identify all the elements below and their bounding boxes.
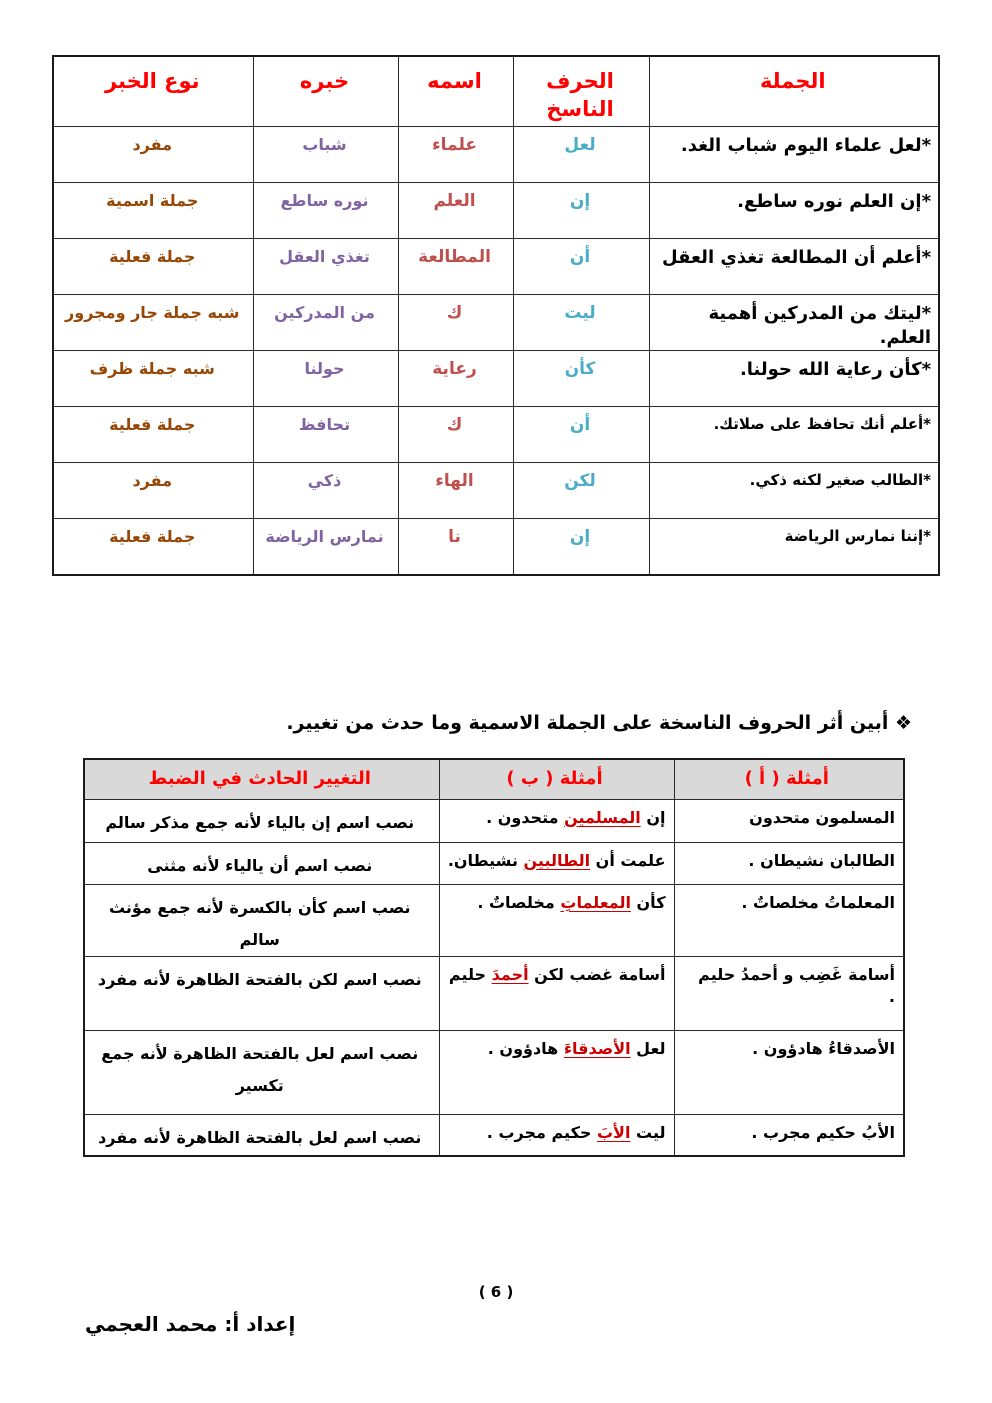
- sentence-cell: *كأن رعاية الله حولنا.: [649, 351, 939, 407]
- predicate-type-cell: جملة اسمية: [53, 182, 253, 238]
- example-b-text: هادؤون .: [488, 1039, 564, 1058]
- example-a-cell: الطالبان نشيطان .: [674, 842, 904, 884]
- worksheet-page: { "colors": { "header_red": "#FF0000", "…: [0, 0, 992, 1403]
- table-row: المسلمون متحدون إن المسلمين متحدون . نصب…: [84, 799, 904, 842]
- table-row: *لعل علماء اليوم شباب الغد. لعل علماء شب…: [53, 126, 939, 182]
- table-row: الطالبان نشيطان . علمت أن الطالبين نشيطا…: [84, 842, 904, 884]
- parsing-table: الجملة الحرف الناسخ اسمه خبره نوع الخبر …: [52, 55, 940, 576]
- example-b-cell: إن المسلمين متحدون .: [439, 799, 674, 842]
- predicate-type-cell: جملة فعلية: [53, 407, 253, 463]
- predicate-type-cell: مفرد: [53, 126, 253, 182]
- predicate-type-cell: جملة فعلية: [53, 519, 253, 575]
- header-predicate-type: نوع الخبر: [53, 56, 253, 126]
- noun-cell: علماء: [398, 126, 513, 182]
- example-a-cell: الأبُ حكيم مجرب .: [674, 1114, 904, 1156]
- header-examples-a: أمثلة ( أ ): [674, 759, 904, 799]
- example-b-cell: كأن المعلماتِ مخلصاتٌ .: [439, 884, 674, 956]
- particle-cell: أن: [513, 238, 649, 294]
- example-a-cell: الأصدقاءُ هادؤون .: [674, 1030, 904, 1114]
- example-b-text: أسامة غضب لكن: [529, 965, 666, 984]
- example-b-text: ليت: [630, 1123, 665, 1142]
- header-particle: الحرف الناسخ: [513, 56, 649, 126]
- predicate-cell: ذكي: [253, 463, 398, 519]
- highlighted-word: المعلماتِ: [560, 893, 631, 912]
- predicate-type-cell: شبه جملة جار ومجرور: [53, 294, 253, 351]
- change-cell: نصب اسم لعل بالفتحة الظاهرة لأنه جمع تكس…: [84, 1030, 439, 1114]
- header-examples-b: أمثلة ( ب ): [439, 759, 674, 799]
- example-b-cell: أسامة غضب لكن أحمدَ حليم: [439, 956, 674, 1030]
- predicate-type-cell: شبه جملة ظرف: [53, 351, 253, 407]
- example-a-cell: المعلماتُ مخلصاتٌ .: [674, 884, 904, 956]
- header-sentence: الجملة: [649, 56, 939, 126]
- table-row: *أعلم أن المطالعة تغذي العقل أن المطالعة…: [53, 238, 939, 294]
- noun-cell: ك: [398, 407, 513, 463]
- noun-cell: الهاء: [398, 463, 513, 519]
- table-row: *كأن رعاية الله حولنا. كأن رعاية حولنا ش…: [53, 351, 939, 407]
- predicate-cell: تغذي العقل: [253, 238, 398, 294]
- predicate-cell: من المدركين: [253, 294, 398, 351]
- example-b-text: متحدون .: [486, 808, 564, 827]
- change-cell: نصب اسم أن يالياء لأنه مثنى: [84, 842, 439, 884]
- examples-table-header-row: أمثلة ( أ ) أمثلة ( ب ) التغيير الحادث ف…: [84, 759, 904, 799]
- table-row: أسامة غَضِب و أحمدُ حليم . أسامة غضب لكن…: [84, 956, 904, 1030]
- noun-cell: نا: [398, 519, 513, 575]
- table-row: *أعلم أنك تحافظ على صلاتك. أن ك تحافظ جم…: [53, 407, 939, 463]
- noun-cell: رعاية: [398, 351, 513, 407]
- particle-cell: كأن: [513, 351, 649, 407]
- noun-cell: ك: [398, 294, 513, 351]
- example-b-cell: ليت الأبَ حكيم مجرب .: [439, 1114, 674, 1156]
- change-cell: نصب اسم لعل بالفتحة الظاهرة لأنه مفرد: [84, 1114, 439, 1156]
- noun-cell: المطالعة: [398, 238, 513, 294]
- predicate-cell: تحافظ: [253, 407, 398, 463]
- table-row: *ليتك من المدركين أهمية العلم. ليت ك من …: [53, 294, 939, 351]
- example-b-cell: علمت أن الطالبين نشيطان.: [439, 842, 674, 884]
- table-row: الأصدقاءُ هادؤون . لعل الأصدقاءَ هادؤون …: [84, 1030, 904, 1114]
- sentence-cell: *إن العلم نوره ساطع.: [649, 182, 939, 238]
- header-change: التغيير الحادث في الضبط: [84, 759, 439, 799]
- example-b-text: لعل: [631, 1039, 666, 1058]
- header-predicate: خبره: [253, 56, 398, 126]
- example-b-text: علمت أن: [590, 851, 665, 870]
- particle-cell: لعل: [513, 126, 649, 182]
- table-row: *إن العلم نوره ساطع. إن العلم نوره ساطع …: [53, 182, 939, 238]
- example-a-cell: أسامة غَضِب و أحمدُ حليم .: [674, 956, 904, 1030]
- particle-cell: إن: [513, 182, 649, 238]
- example-b-text: مخلصاتٌ .: [477, 893, 560, 912]
- example-b-text: حليم: [449, 965, 492, 984]
- predicate-cell: نوره ساطع: [253, 182, 398, 238]
- sentence-cell: *لعل علماء اليوم شباب الغد.: [649, 126, 939, 182]
- table-row: المعلماتُ مخلصاتٌ . كأن المعلماتِ مخلصات…: [84, 884, 904, 956]
- change-cell: نصب اسم إن بالياء لأنه جمع مذكر سالم: [84, 799, 439, 842]
- table-row: *الطالب صغير لكنه ذكي. لكن الهاء ذكي مفر…: [53, 463, 939, 519]
- table-row: الأبُ حكيم مجرب . ليت الأبَ حكيم مجرب . …: [84, 1114, 904, 1156]
- table-row: *إننا نمارس الرياضة إن نا نمارس الرياضة …: [53, 519, 939, 575]
- change-cell: نصب اسم كأن بالكسرة لأنه جمع مؤنث سالم: [84, 884, 439, 956]
- sentence-cell: *أعلم أنك تحافظ على صلاتك.: [649, 407, 939, 463]
- examples-table: أمثلة ( أ ) أمثلة ( ب ) التغيير الحادث ف…: [83, 758, 905, 1157]
- sentence-cell: *أعلم أن المطالعة تغذي العقل: [649, 238, 939, 294]
- section-instruction: ❖ أبين أثر الحروف الناسخة على الجملة الا…: [60, 712, 912, 734]
- particle-cell: إن: [513, 519, 649, 575]
- highlighted-word: الأبَ: [597, 1123, 630, 1142]
- predicate-type-cell: مفرد: [53, 463, 253, 519]
- example-b-text: نشيطان.: [448, 851, 524, 870]
- highlighted-word: أحمدَ: [492, 965, 529, 984]
- particle-cell: أن: [513, 407, 649, 463]
- parsing-table-header-row: الجملة الحرف الناسخ اسمه خبره نوع الخبر: [53, 56, 939, 126]
- noun-cell: العلم: [398, 182, 513, 238]
- particle-cell: ليت: [513, 294, 649, 351]
- predicate-cell: نمارس الرياضة: [253, 519, 398, 575]
- example-b-text: إن: [641, 808, 666, 827]
- particle-cell: لكن: [513, 463, 649, 519]
- predicate-type-cell: جملة فعلية: [53, 238, 253, 294]
- highlighted-word: الأصدقاءَ: [564, 1039, 631, 1058]
- author-credit: إعداد أ: محمد العجمي: [85, 1312, 295, 1336]
- predicate-cell: حولنا: [253, 351, 398, 407]
- highlighted-word: الطالبين: [524, 851, 591, 870]
- example-b-text: كأن: [631, 893, 666, 912]
- predicate-cell: شباب: [253, 126, 398, 182]
- sentence-cell: *إننا نمارس الرياضة: [649, 519, 939, 575]
- sentence-cell: *ليتك من المدركين أهمية العلم.: [649, 294, 939, 351]
- highlighted-word: المسلمين: [564, 808, 641, 827]
- header-noun: اسمه: [398, 56, 513, 126]
- sentence-cell: *الطالب صغير لكنه ذكي.: [649, 463, 939, 519]
- change-cell: نصب اسم لكن بالفتحة الظاهرة لأنه مفرد: [84, 956, 439, 1030]
- example-b-text: حكيم مجرب .: [487, 1123, 597, 1142]
- page-number: ( 6 ): [0, 1283, 992, 1301]
- example-b-cell: لعل الأصدقاءَ هادؤون .: [439, 1030, 674, 1114]
- example-a-cell: المسلمون متحدون: [674, 799, 904, 842]
